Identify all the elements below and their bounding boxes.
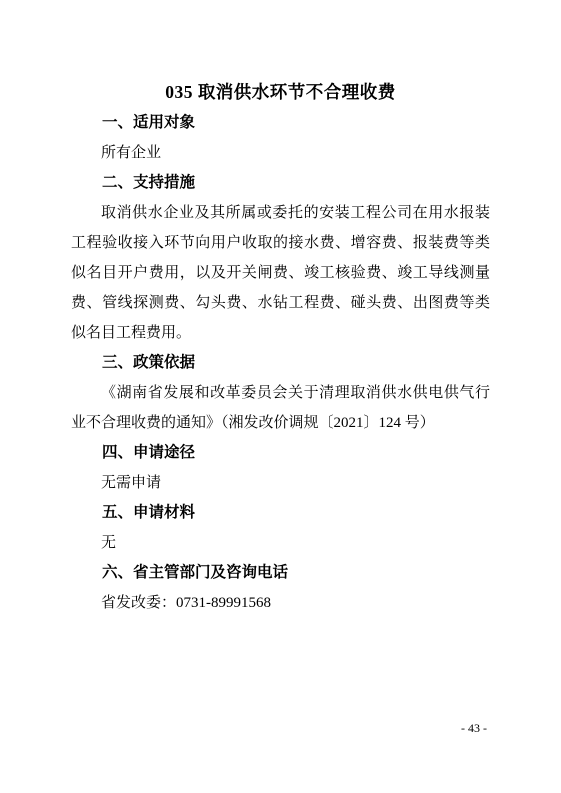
section-department-contact: 六、省主管部门及咨询电话 省发改委：0731-89991568 bbox=[71, 558, 490, 618]
section-body: 省发改委：0731-89991568 bbox=[71, 588, 490, 618]
section-application-materials: 五、申请材料 无 bbox=[71, 498, 490, 558]
section-heading: 二、支持措施 bbox=[71, 168, 490, 198]
section-body: 无 bbox=[71, 528, 490, 558]
page-title: 035 取消供水环节不合理收费 bbox=[71, 77, 490, 107]
section-body: 《湖南省发展和改革委员会关于清理取消供水供电供气行业不合理收费的通知》（湘发改价… bbox=[71, 378, 490, 438]
section-heading: 六、省主管部门及咨询电话 bbox=[71, 558, 490, 588]
section-body: 所有企业 bbox=[71, 138, 490, 168]
section-policy-basis: 三、政策依据 《湖南省发展和改革委员会关于清理取消供水供电供气行业不合理收费的通… bbox=[71, 348, 490, 438]
section-applicable-objects: 一、适用对象 所有企业 bbox=[71, 108, 490, 168]
page-number: - 43 - bbox=[461, 720, 487, 736]
section-application-channel: 四、申请途径 无需申请 bbox=[71, 438, 490, 498]
section-heading: 一、适用对象 bbox=[71, 108, 490, 138]
section-support-measures: 二、支持措施 取消供水企业及其所属或委托的安装工程公司在用水报装工程验收接入环节… bbox=[71, 168, 490, 348]
section-body: 无需申请 bbox=[71, 468, 490, 498]
section-body: 取消供水企业及其所属或委托的安装工程公司在用水报装工程验收接入环节向用户收取的接… bbox=[71, 198, 490, 348]
section-heading: 三、政策依据 bbox=[71, 348, 490, 378]
section-heading: 五、申请材料 bbox=[71, 498, 490, 528]
document-page: 035 取消供水环节不合理收费 一、适用对象 所有企业 二、支持措施 取消供水企… bbox=[0, 0, 561, 793]
section-heading: 四、申请途径 bbox=[71, 438, 490, 468]
